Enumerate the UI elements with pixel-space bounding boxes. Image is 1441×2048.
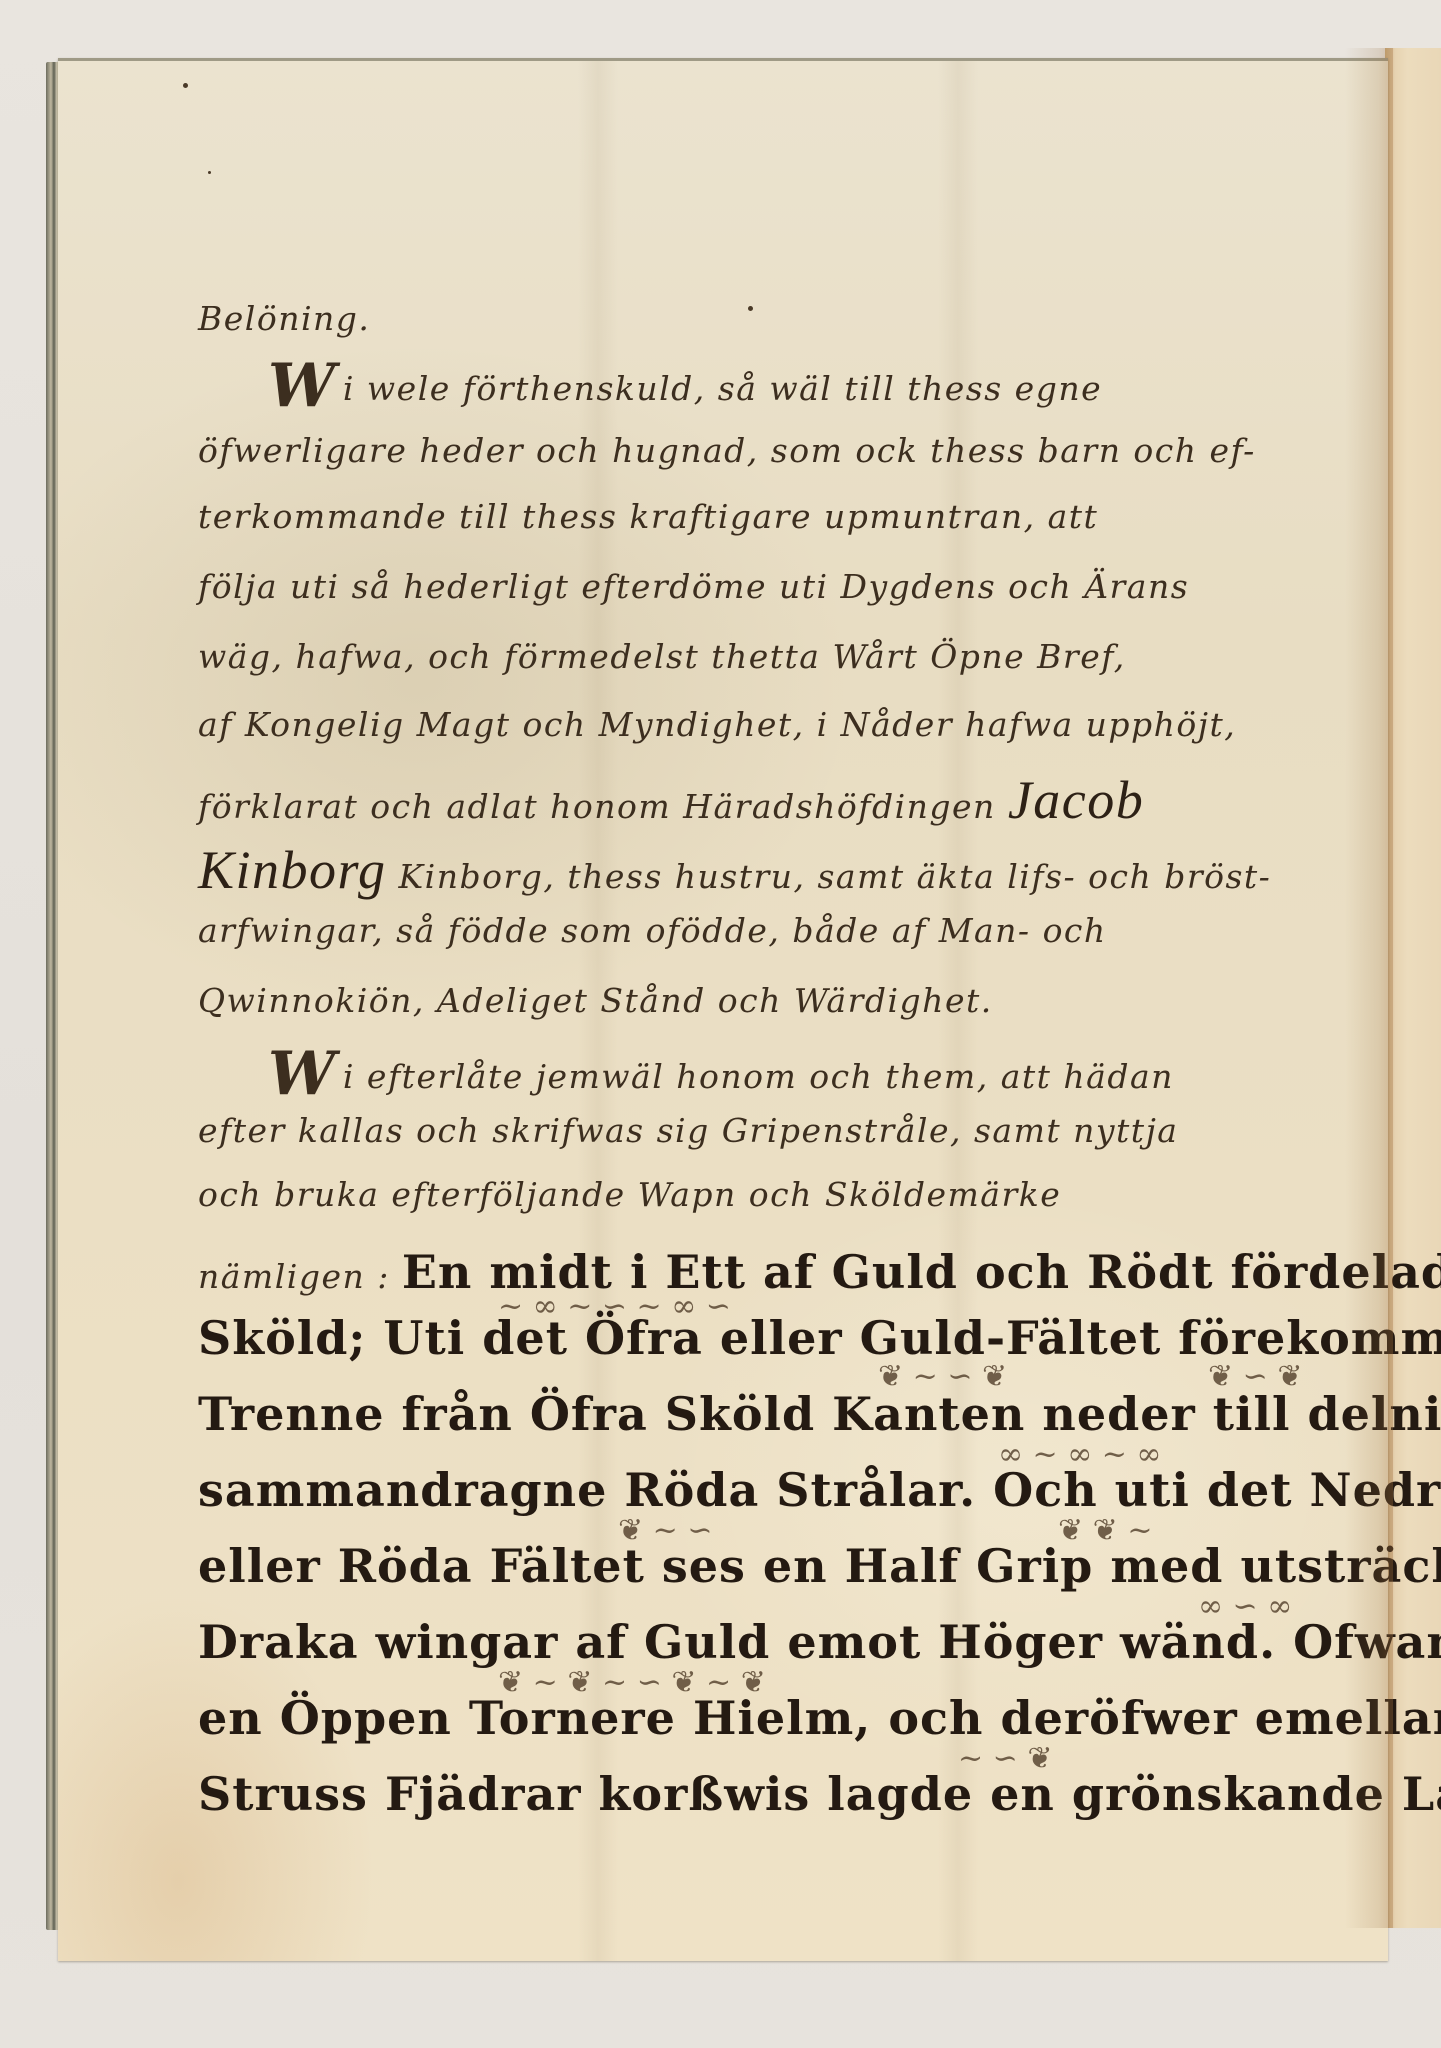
blazon-line-3: Trenne från Öfra Sköld Kanten neder till… — [198, 1387, 1441, 1441]
ink-speck — [748, 306, 753, 311]
decorated-initial: W — [268, 351, 337, 421]
blazon-line-8: Struss Fjädrar korßwis lagde en grönskan… — [198, 1767, 1441, 1821]
paragraph-1-line-2: öfwerligare heder och hugnad, som ock th… — [198, 431, 1256, 470]
calligraphic-flourish: ❦ ∽ ❦ — [1208, 1359, 1302, 1394]
ink-speck — [208, 171, 211, 174]
blazon-line-7: en Öppen Tornere Hielm, och deröfwer eme… — [198, 1691, 1441, 1745]
paragraph-2-line-1: Wi efterlåte jemwäl honom och them, att … — [268, 1039, 1174, 1109]
calligraphic-flourish: ∞ ~ ∞ ~ ∞ — [998, 1437, 1161, 1472]
paragraph-2-line-2: efter kallas och skrifwas sig Gripenstrå… — [198, 1111, 1178, 1150]
calligraphic-flourish: ❦ ~ ∽ — [618, 1513, 712, 1548]
blazon-line-5: eller Röda Fältet ses en Half Grip med u… — [198, 1539, 1441, 1593]
paragraph-2-line-4: nämligen : En midt i Ett af Guld och Röd… — [198, 1245, 1441, 1299]
blazon-line-2: Sköld; Uti det Öfra eller Guld-Fältet fö… — [198, 1311, 1441, 1365]
calligraphic-flourish: ❦ ❦ ~ — [1058, 1513, 1152, 1548]
blazon-line-4: sammandragne Röda Strålar. Och uti det N… — [198, 1463, 1441, 1517]
calligraphic-flourish: ∞ ∽ ∞ — [1198, 1589, 1292, 1624]
calligraphic-flourish: ❦ ~ ∽ ❦ — [878, 1359, 1007, 1394]
given-name: Jacob — [1008, 770, 1144, 830]
ink-speck — [183, 83, 188, 88]
paragraph-2-line-3: och bruka efterföljande Wapn och Sköldem… — [198, 1175, 1061, 1214]
paragraph-1-line-1: Wi wele förthenskuld, så wäl till thess … — [268, 351, 1102, 421]
binding-gutter-shadow — [1345, 48, 1393, 1928]
heading: Belöning. — [198, 299, 370, 338]
decorated-initial: W — [268, 1039, 337, 1109]
paragraph-1-line-8: Kinborg Kinborg, thess hustru, samt äkta… — [198, 839, 1271, 901]
calligraphic-flourish: ~ ∞ ~ ∽ ~ ∞ ∽ — [498, 1289, 731, 1324]
family-name: Kinborg — [198, 840, 387, 900]
paragraph-1-line-9: arfwingar, så födde som ofödde, både af … — [198, 911, 1107, 950]
calligraphic-flourish: ~ ∽ ❦ — [958, 1741, 1052, 1776]
paragraph-1-line-5: wäg, hafwa, och förmedelst thetta Wårt Ö… — [198, 637, 1126, 676]
paragraph-1-line-10: Qwinnokiön, Adeliget Stånd och Wärdighet… — [198, 981, 993, 1020]
paragraph-1-line-3: terkommande till thess kraftigare upmunt… — [198, 497, 1098, 536]
paragraph-1-line-6: af Kongelig Magt och Myndighet, i Nåder … — [198, 705, 1236, 744]
calligraphic-flourish: ❦ ~ ❦ ~ ∽ ❦ ~ ❦ — [498, 1665, 766, 1700]
paragraph-1-line-4: följa uti så hederligt efterdöme uti Dyg… — [198, 567, 1189, 606]
paragraph-1-line-7: förklarat och adlat honom Häradshöfdinge… — [198, 769, 1144, 831]
manuscript-page: Belöning. Wi wele förthenskuld, så wäl t… — [58, 58, 1388, 1961]
